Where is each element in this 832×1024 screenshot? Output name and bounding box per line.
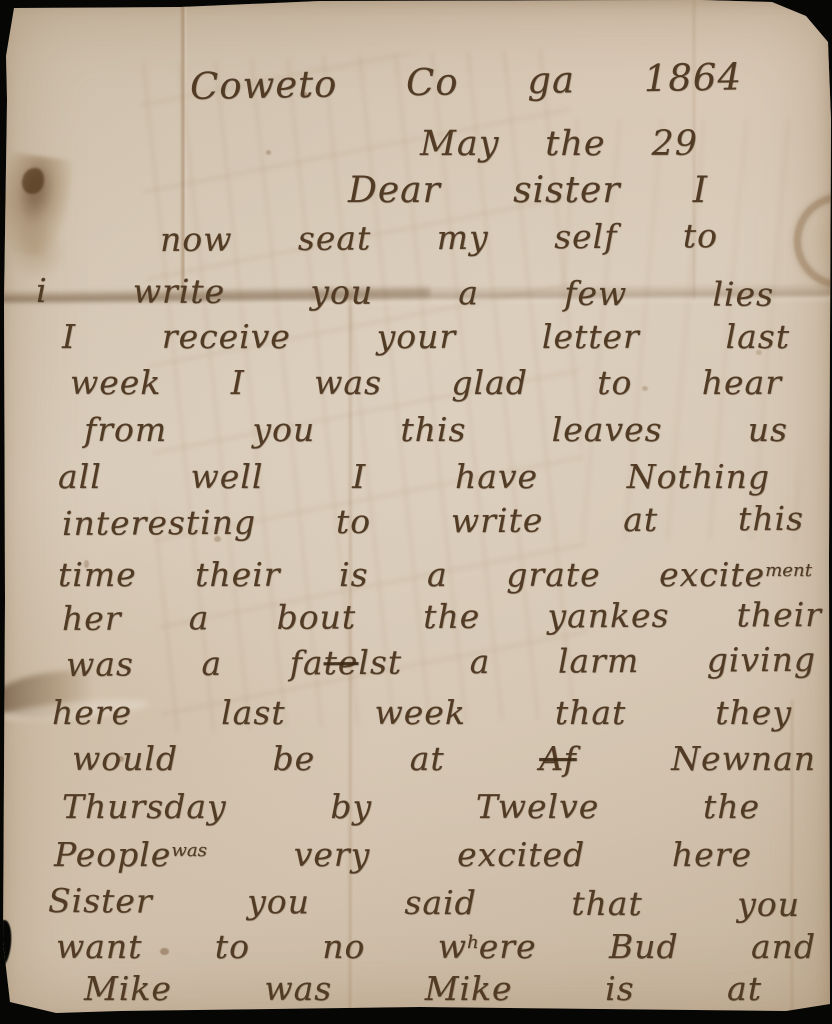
inserted-letter: h [467, 932, 479, 953]
letter-line: Mike was Mike is at [84, 970, 762, 1008]
letter-line: time their is a grate excitement [58, 556, 812, 594]
letter-line: now seat my self to [160, 217, 718, 259]
struck-letters: te [323, 643, 358, 682]
line-text: would be at [72, 739, 539, 778]
inserted-word: ment [765, 560, 812, 581]
letter-line: Peoplewas very excited here [54, 836, 752, 874]
letter-line-salutation: Dear sister I [348, 170, 708, 211]
letter-paper: Coweto Co ga 1864 May the 29 Dear sister… [0, 0, 832, 1024]
line-text: lst a larm giving [358, 640, 816, 682]
letter-line: Sister you said that you [48, 882, 800, 924]
letter-line-dateline: Coweto Co ga 1864 [190, 56, 743, 108]
letter-line: want to no where Bud and [56, 928, 816, 966]
line-text: time their is a grate excite [58, 555, 765, 594]
line-text: want to no w [56, 927, 467, 966]
line-text: was a fa [66, 643, 324, 684]
inserted-word: was [171, 840, 207, 861]
struck-word: Af [539, 739, 576, 778]
letter-line: was a fatelst a larm giving [66, 641, 816, 684]
scanner-background: Coweto Co ga 1864 May the 29 Dear sister… [0, 0, 832, 1024]
letter-line: I receive your letter last [62, 318, 790, 356]
letter-line: Thursday by Twelve the [62, 788, 760, 826]
letter-line-date: May the 29 [420, 124, 698, 164]
letter-line: all well I have Nothing [58, 458, 770, 496]
letter-text: Coweto Co ga 1864 May the 29 Dear sister… [0, 0, 832, 1024]
letter-line: here last week that they [52, 694, 792, 732]
letter-line: would be at Af Newnan [72, 740, 816, 778]
line-text: very excited here [207, 835, 752, 874]
letter-line: interesting to write at this [62, 500, 804, 543]
letter-line: from you this leaves us [84, 411, 788, 449]
letter-line: week I was glad to hear [70, 364, 782, 402]
letter-line: i write you a few lies [36, 272, 774, 314]
line-text: ere Bud and [479, 927, 816, 966]
letter-line: her a bout the yankes their [62, 596, 822, 638]
line-text: People [54, 835, 171, 874]
line-text: Newnan [577, 739, 816, 778]
